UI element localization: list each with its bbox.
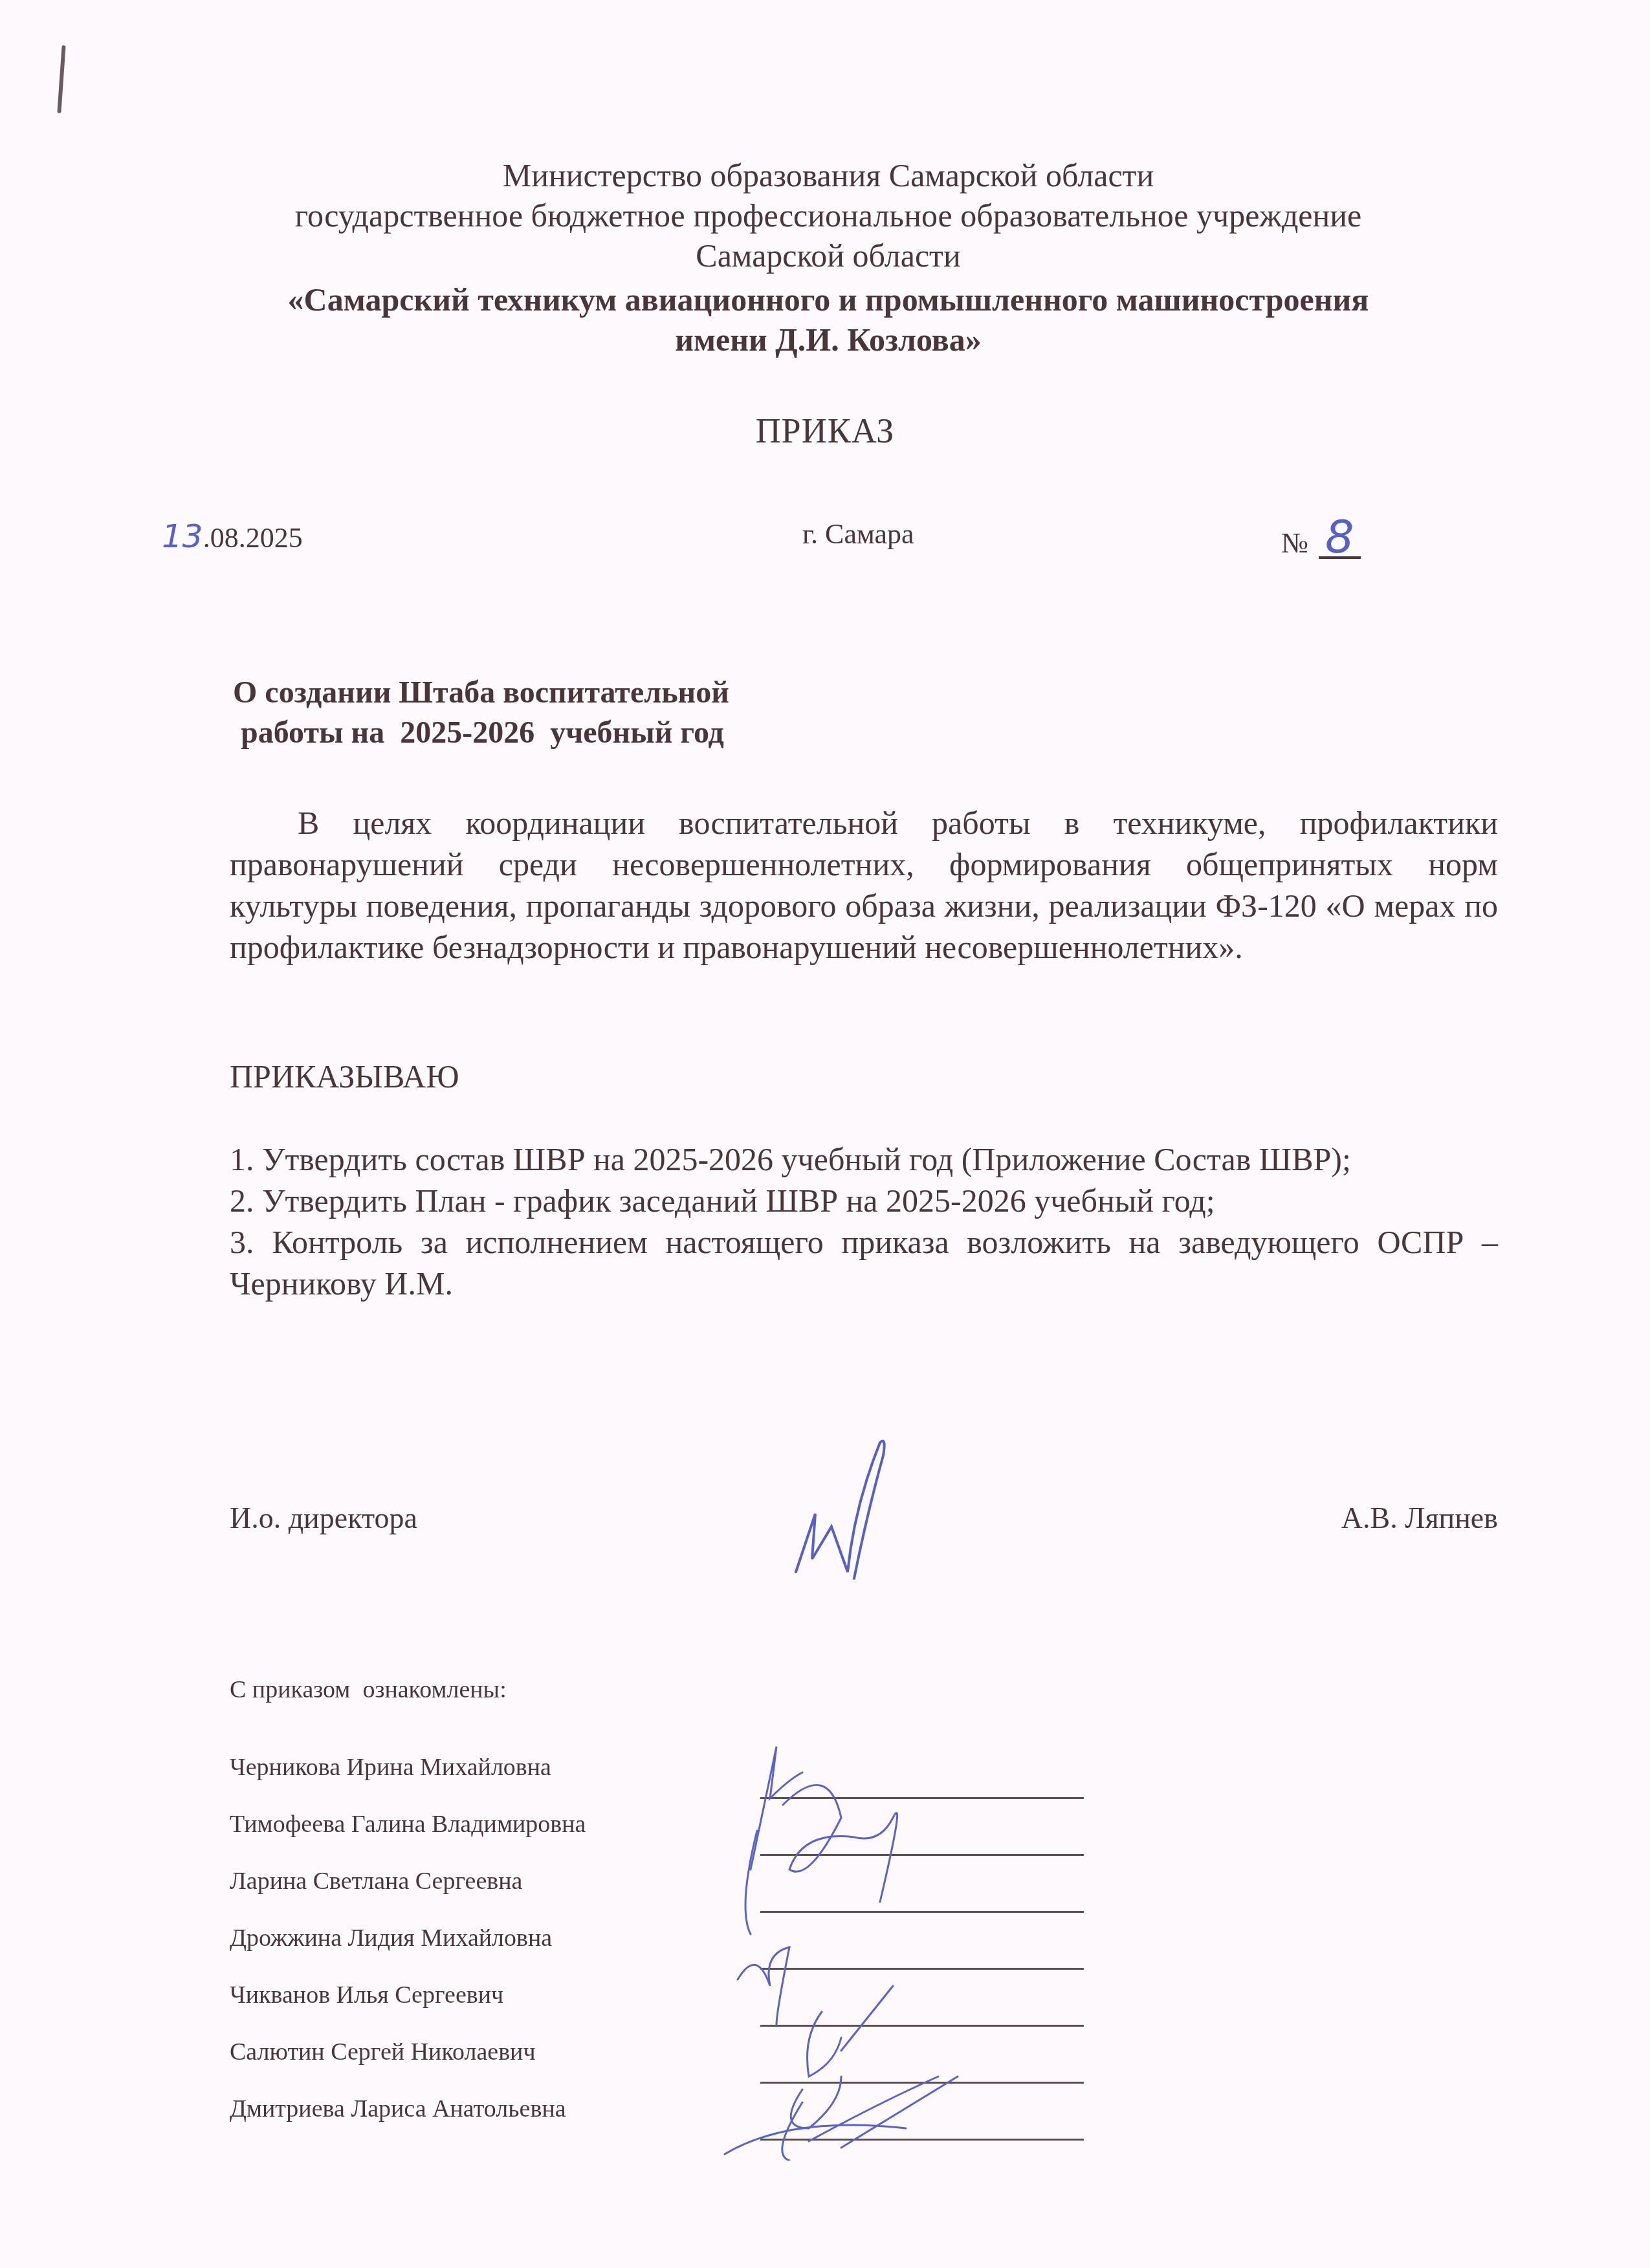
signatory-role: И.о. директора (230, 1501, 417, 1535)
subject-line-1: О создании Штаба воспитательной (233, 673, 729, 713)
preamble-paragraph: В целях координации воспитательной работ… (230, 802, 1498, 968)
document-title: ПРИКАЗ (0, 411, 1650, 451)
order-subject: О создании Штаба воспитательной работы н… (233, 673, 729, 753)
signatory-name: А.В. Ляпнев (1341, 1501, 1498, 1535)
person-name: Дрожжина Лидия Михайловна (230, 1924, 552, 1952)
document-meta: 13.08.2025 г. Самара №8 (162, 518, 1378, 556)
institution-type: государственное бюджетное профессиональн… (149, 195, 1508, 235)
number-label: № (1281, 527, 1308, 559)
acknowledgement-label: С приказом ознакомлены: (230, 1675, 507, 1704)
subject-line-2: работы на 2025-2026 учебный год (233, 713, 729, 753)
person-name: Тимофеева Галина Владимировна (230, 1810, 586, 1838)
pen-mark (57, 45, 65, 113)
ordering-word: ПРИКАЗЫВАЮ (230, 1058, 459, 1095)
order-item: 3. Контроль за исполнением настоящего пр… (230, 1221, 1498, 1304)
director-signature-icon (776, 1430, 945, 1585)
person-name: Черникова Ирина Михайловна (230, 1753, 551, 1782)
document-date: 13.08.2025 (162, 518, 303, 555)
scanned-order-page: Министерство образования Самарской облас… (0, 0, 1650, 2268)
handwritten-number: 8 (1319, 518, 1361, 559)
person-name: Чикванов Илья Сергеевич (230, 1981, 503, 2009)
staff-signatures-icon (712, 1740, 1022, 2161)
order-items: 1. Утвердить состав ШВР на 2025-2026 уче… (230, 1139, 1498, 1304)
institution-name: «Самарский техникум авиационного и промы… (149, 279, 1508, 320)
printed-date: .08.2025 (203, 522, 303, 554)
institution-region: Самарской области (149, 235, 1508, 276)
document-city: г. Самара (802, 518, 914, 551)
person-name: Дмитриева Лариса Анатольевна (230, 2095, 566, 2123)
institution-name-cont: имени Д.И. Козлова» (149, 320, 1508, 360)
order-item: 1. Утвердить состав ШВР на 2025-2026 уче… (230, 1139, 1498, 1180)
person-name: Салютин Сергей Николаевич (230, 2038, 536, 2066)
letterhead: Министерство образования Самарской облас… (149, 155, 1508, 360)
document-number: №8 (1281, 518, 1361, 560)
handwritten-day: 13 (162, 518, 203, 555)
order-item: 2. Утвердить План - график заседаний ШВР… (230, 1180, 1498, 1221)
person-name: Ларина Светлана Сергеевна (230, 1867, 522, 1895)
ministry-name: Министерство образования Самарской облас… (149, 155, 1508, 195)
